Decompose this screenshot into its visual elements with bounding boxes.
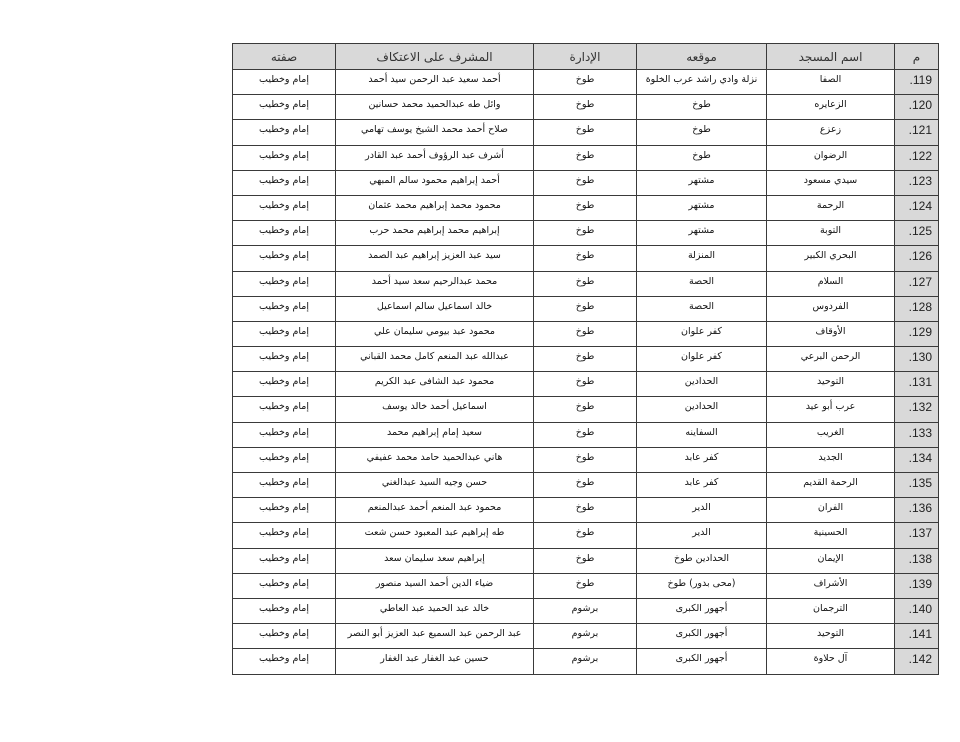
supervisor-cell: هاني عبدالحميد حامد محمد عفيفي [336, 447, 534, 472]
mosque-name-cell: الفران [767, 498, 895, 523]
row-number: .140 [895, 598, 939, 623]
mosque-name-cell: الزعايره [767, 95, 895, 120]
supervisor-cell: صلاح أحمد محمد الشيخ يوسف تهامي [336, 120, 534, 145]
location-cell: الحدادين [637, 372, 767, 397]
administration-cell: طوخ [534, 170, 637, 195]
table-row: .123سيدي مسعودمشتهرطوخأحمد إبراهيم محمود… [233, 170, 939, 195]
header-supervisor: المشرف على الاعتكاف [336, 44, 534, 70]
row-number: .119 [895, 70, 939, 95]
administration-cell: طوخ [534, 221, 637, 246]
table-row: .122الرضوانطوخطوخأشرف عبد الرؤوف أحمد عب… [233, 145, 939, 170]
location-cell: طوخ [637, 120, 767, 145]
mosque-name-cell: التوحيد [767, 372, 895, 397]
header-role: صفته [233, 44, 336, 70]
administration-cell: طوخ [534, 573, 637, 598]
role-cell: إمام وخطيب [233, 422, 336, 447]
header-row: م اسم المسجد موقعه الإدارة المشرف على ال… [233, 44, 939, 70]
row-number: .139 [895, 573, 939, 598]
mosque-name-cell: الصفا [767, 70, 895, 95]
row-number: .127 [895, 271, 939, 296]
role-cell: إمام وخطيب [233, 246, 336, 271]
table-body: .119الصفانزلة وادي راشد عرب الخلوةطوخأحم… [233, 70, 939, 675]
administration-cell: طوخ [534, 145, 637, 170]
row-number: .133 [895, 422, 939, 447]
supervisor-cell: أشرف عبد الرؤوف أحمد عبد القادر [336, 145, 534, 170]
role-cell: إمام وخطيب [233, 498, 336, 523]
table-row: .134الجديدكفر عابدطوخهاني عبدالحميد حامد… [233, 447, 939, 472]
location-cell: الحدادين [637, 397, 767, 422]
mosque-name-cell: الرضوان [767, 145, 895, 170]
supervisor-cell: خالد اسماعيل سالم اسماعيل [336, 296, 534, 321]
location-cell: (محى بدور) طوخ [637, 573, 767, 598]
role-cell: إمام وخطيب [233, 170, 336, 195]
header-location: موقعه [637, 44, 767, 70]
mosque-name-cell: زعزع [767, 120, 895, 145]
row-number: .124 [895, 195, 939, 220]
location-cell: الحصة [637, 296, 767, 321]
supervisor-cell: خالد عبد الحميد عبد العاطي [336, 598, 534, 623]
supervisor-cell: ضياء الدين أحمد السيد منصور [336, 573, 534, 598]
administration-cell: طوخ [534, 372, 637, 397]
location-cell: أجهور الكبرى [637, 624, 767, 649]
mosque-name-cell: البحري الكبير [767, 246, 895, 271]
role-cell: إمام وخطيب [233, 271, 336, 296]
row-number: .142 [895, 649, 939, 674]
row-number: .121 [895, 120, 939, 145]
document-page: م اسم المسجد موقعه الإدارة المشرف على ال… [232, 43, 938, 675]
table-row: .133الغريبالسفاينهطوخسعيد إمام إبراهيم م… [233, 422, 939, 447]
supervisor-cell: أحمد إبراهيم محمود سالم المبهي [336, 170, 534, 195]
supervisor-cell: محمود محمد إبراهيم محمد عثمان [336, 195, 534, 220]
table-row: .126البحري الكبيرالمنزلةطوخسيد عبد العزي… [233, 246, 939, 271]
location-cell: مشتهر [637, 170, 767, 195]
location-cell: كفر علوان [637, 347, 767, 372]
supervisor-cell: وائل طه عبدالحميد محمد حسانين [336, 95, 534, 120]
table-row: .140الترجمانأجهور الكبرىبرشومخالد عبد ال… [233, 598, 939, 623]
supervisor-cell: حسن وجيه السيد عبدالغني [336, 473, 534, 498]
role-cell: إمام وخطيب [233, 120, 336, 145]
table-row: .142آل حلاوةأجهور الكبرىبرشومحسين عبد ال… [233, 649, 939, 674]
location-cell: نزلة وادي راشد عرب الخلوة [637, 70, 767, 95]
role-cell: إمام وخطيب [233, 145, 336, 170]
role-cell: إمام وخطيب [233, 624, 336, 649]
location-cell: الدير [637, 498, 767, 523]
mosque-name-cell: الفردوس [767, 296, 895, 321]
supervisor-cell: محمد عبدالرحيم سعد سيد أحمد [336, 271, 534, 296]
mosque-name-cell: الرحمة [767, 195, 895, 220]
supervisor-cell: اسماعيل أحمد خالد يوسف [336, 397, 534, 422]
mosque-name-cell: الأشراف [767, 573, 895, 598]
administration-cell: برشوم [534, 649, 637, 674]
supervisor-cell: إبراهيم سعد سليمان سعد [336, 548, 534, 573]
row-number: .129 [895, 321, 939, 346]
location-cell: أجهور الكبرى [637, 649, 767, 674]
table-row: .141التوحيدأجهور الكبرىبرشومعبد الرحمن ع… [233, 624, 939, 649]
header-administration: الإدارة [534, 44, 637, 70]
location-cell: المنزلة [637, 246, 767, 271]
administration-cell: طوخ [534, 347, 637, 372]
row-number: .136 [895, 498, 939, 523]
administration-cell: طوخ [534, 195, 637, 220]
mosque-name-cell: الإيمان [767, 548, 895, 573]
role-cell: إمام وخطيب [233, 573, 336, 598]
role-cell: إمام وخطيب [233, 447, 336, 472]
mosque-name-cell: التوبة [767, 221, 895, 246]
administration-cell: طوخ [534, 447, 637, 472]
administration-cell: طوخ [534, 95, 637, 120]
row-number: .138 [895, 548, 939, 573]
administration-cell: برشوم [534, 624, 637, 649]
location-cell: كفر عابد [637, 473, 767, 498]
table-row: .119الصفانزلة وادي راشد عرب الخلوةطوخأحم… [233, 70, 939, 95]
administration-cell: طوخ [534, 397, 637, 422]
mosque-name-cell: الأوقاف [767, 321, 895, 346]
administration-cell: طوخ [534, 246, 637, 271]
role-cell: إمام وخطيب [233, 95, 336, 120]
supervisor-cell: محمود عبد الشافى عبد الكريم [336, 372, 534, 397]
mosque-name-cell: الرحمن البرعي [767, 347, 895, 372]
table-header: م اسم المسجد موقعه الإدارة المشرف على ال… [233, 44, 939, 70]
row-number: .123 [895, 170, 939, 195]
location-cell: الحدادين طوخ [637, 548, 767, 573]
mosques-table: م اسم المسجد موقعه الإدارة المشرف على ال… [232, 43, 939, 675]
supervisor-cell: سيد عبد العزيز إبراهيم عبد الصمد [336, 246, 534, 271]
supervisor-cell: عبدالله عبد المنعم كامل محمد القباني [336, 347, 534, 372]
location-cell: الدير [637, 523, 767, 548]
mosque-name-cell: الجديد [767, 447, 895, 472]
role-cell: إمام وخطيب [233, 598, 336, 623]
table-row: .139الأشراف(محى بدور) طوخطوخضياء الدين أ… [233, 573, 939, 598]
table-row: .120الزعايرهطوخطوخوائل طه عبدالحميد محمد… [233, 95, 939, 120]
row-number: .132 [895, 397, 939, 422]
administration-cell: طوخ [534, 548, 637, 573]
role-cell: إمام وخطيب [233, 70, 336, 95]
header-mosque-name: اسم المسجد [767, 44, 895, 70]
administration-cell: طوخ [534, 523, 637, 548]
administration-cell: برشوم [534, 598, 637, 623]
administration-cell: طوخ [534, 296, 637, 321]
table-row: .132عرب أبو عيدالحدادينطوخاسماعيل أحمد خ… [233, 397, 939, 422]
location-cell: طوخ [637, 145, 767, 170]
row-number: .120 [895, 95, 939, 120]
role-cell: إمام وخطيب [233, 321, 336, 346]
administration-cell: طوخ [534, 422, 637, 447]
mosque-name-cell: عرب أبو عيد [767, 397, 895, 422]
role-cell: إمام وخطيب [233, 523, 336, 548]
administration-cell: طوخ [534, 70, 637, 95]
table-row: .130الرحمن البرعيكفر علوانطوخعبدالله عبد… [233, 347, 939, 372]
role-cell: إمام وخطيب [233, 397, 336, 422]
administration-cell: طوخ [534, 271, 637, 296]
role-cell: إمام وخطيب [233, 347, 336, 372]
row-number: .126 [895, 246, 939, 271]
administration-cell: طوخ [534, 120, 637, 145]
location-cell: كفر علوان [637, 321, 767, 346]
table-row: .125التوبةمشتهرطوخإبراهيم محمد إبراهيم م… [233, 221, 939, 246]
supervisor-cell: حسين عبد الغفار عبد الغفار [336, 649, 534, 674]
table-row: .135الرحمة القديمكفر عابدطوخحسن وجيه الس… [233, 473, 939, 498]
role-cell: إمام وخطيب [233, 195, 336, 220]
table-row: .137الحسينيةالديرطوخطه إبراهيم عبد المعب… [233, 523, 939, 548]
mosque-name-cell: الغريب [767, 422, 895, 447]
supervisor-cell: محمود عبد المنعم أحمد عبدالمنعم [336, 498, 534, 523]
row-number: .135 [895, 473, 939, 498]
mosque-name-cell: الترجمان [767, 598, 895, 623]
row-number: .141 [895, 624, 939, 649]
mosque-name-cell: الرحمة القديم [767, 473, 895, 498]
role-cell: إمام وخطيب [233, 221, 336, 246]
supervisor-cell: سعيد إمام إبراهيم محمد [336, 422, 534, 447]
administration-cell: طوخ [534, 473, 637, 498]
row-number: .137 [895, 523, 939, 548]
row-number: .128 [895, 296, 939, 321]
table-row: .131التوحيدالحدادينطوخمحمود عبد الشافى ع… [233, 372, 939, 397]
location-cell: مشتهر [637, 221, 767, 246]
table-row: .128الفردوسالحصةطوخخالد اسماعيل سالم اسم… [233, 296, 939, 321]
supervisor-cell: إبراهيم محمد إبراهيم محمد حرب [336, 221, 534, 246]
table-row: .127السلامالحصةطوخمحمد عبدالرحيم سعد سيد… [233, 271, 939, 296]
administration-cell: طوخ [534, 498, 637, 523]
role-cell: إمام وخطيب [233, 473, 336, 498]
row-number: .122 [895, 145, 939, 170]
role-cell: إمام وخطيب [233, 548, 336, 573]
row-number: .130 [895, 347, 939, 372]
administration-cell: طوخ [534, 321, 637, 346]
location-cell: كفر عابد [637, 447, 767, 472]
location-cell: السفاينه [637, 422, 767, 447]
table-row: .129الأوقافكفر علوانطوخمحمود عبد بيومي س… [233, 321, 939, 346]
mosque-name-cell: الحسينية [767, 523, 895, 548]
row-number: .134 [895, 447, 939, 472]
mosque-name-cell: التوحيد [767, 624, 895, 649]
mosque-name-cell: السلام [767, 271, 895, 296]
role-cell: إمام وخطيب [233, 649, 336, 674]
supervisor-cell: طه إبراهيم عبد المعبود حسن شعت [336, 523, 534, 548]
mosque-name-cell: سيدي مسعود [767, 170, 895, 195]
supervisor-cell: محمود عبد بيومي سليمان علي [336, 321, 534, 346]
header-num: م [895, 44, 939, 70]
table-row: .136الفرانالديرطوخمحمود عبد المنعم أحمد … [233, 498, 939, 523]
table-row: .121زعزعطوخطوخصلاح أحمد محمد الشيخ يوسف … [233, 120, 939, 145]
supervisor-cell: عبد الرحمن عبد السميع عبد العزيز أبو الن… [336, 624, 534, 649]
role-cell: إمام وخطيب [233, 372, 336, 397]
location-cell: أجهور الكبرى [637, 598, 767, 623]
role-cell: إمام وخطيب [233, 296, 336, 321]
supervisor-cell: أحمد سعيد عبد الرحمن سيد أحمد [336, 70, 534, 95]
location-cell: مشتهر [637, 195, 767, 220]
row-number: .125 [895, 221, 939, 246]
row-number: .131 [895, 372, 939, 397]
location-cell: الحصة [637, 271, 767, 296]
table-row: .124الرحمةمشتهرطوخمحمود محمد إبراهيم محم… [233, 195, 939, 220]
location-cell: طوخ [637, 95, 767, 120]
mosque-name-cell: آل حلاوة [767, 649, 895, 674]
table-row: .138الإيمانالحدادين طوخطوخإبراهيم سعد سل… [233, 548, 939, 573]
